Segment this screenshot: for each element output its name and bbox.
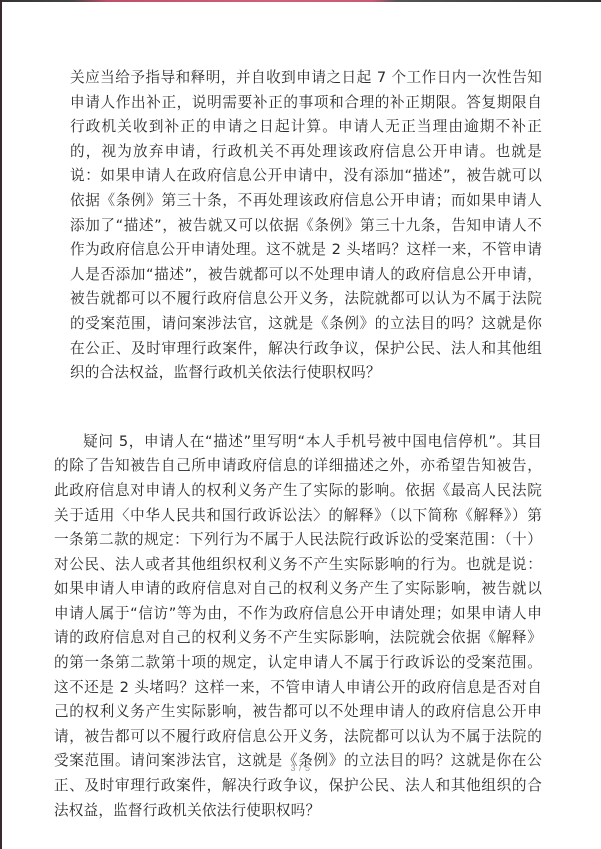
scan-edge-top — [0, 0, 601, 2]
paragraph-continuation: 关应当给予指导和释明，并自收到申请之日起 7 个工作日内一次性告知申请人作出补正… — [70, 66, 542, 386]
page-number: 3 / 5 — [0, 763, 601, 773]
document-body: 关应当给予指导和释明，并自收到申请之日起 7 个工作日内一次性告知申请人作出补正… — [70, 66, 542, 823]
scan-edge-left — [0, 0, 2, 849]
